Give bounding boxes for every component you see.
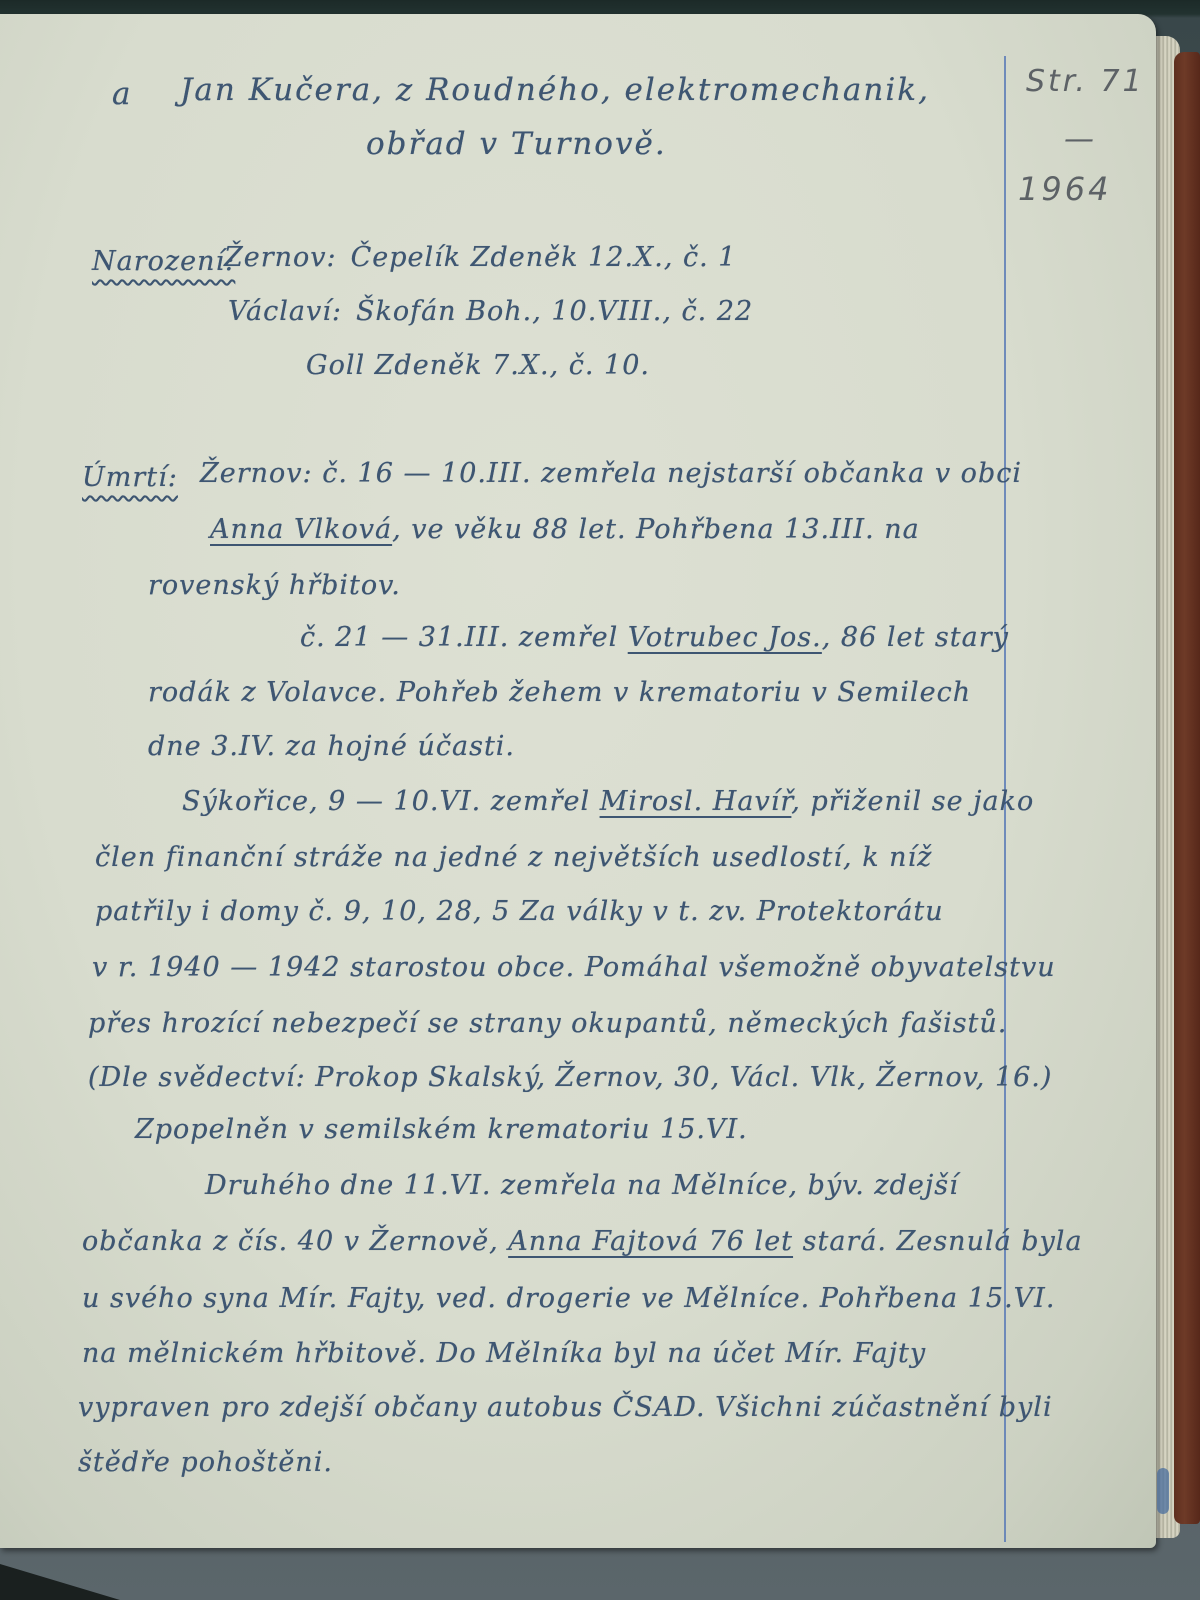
death-record-line: rovenský hřbitov. <box>148 570 401 601</box>
death-record-line: na mělnickém hřbitově. Do Mělníka byl na… <box>82 1338 926 1369</box>
header-line-2: obřad v Turnově. <box>366 126 667 162</box>
death-text: Sýkořice, 9 — 10.VI. zemřel <box>182 786 600 817</box>
death-text: patřily i domy č. 9, 10, 28, 5 Za války … <box>95 896 944 927</box>
death-record-line: (Dle svědectví: Prokop Skalský, Žernov, … <box>88 1062 1052 1093</box>
births-section-label: Narození: <box>92 246 235 277</box>
death-record-line: Druhého dne 11.VI. zemřela na Mělníce, b… <box>205 1170 959 1201</box>
death-text: rodák z Volavce. Pohřeb žehem v kremator… <box>148 677 971 708</box>
death-record-line: Zpopelněn v semilském krematoriu 15.VI. <box>135 1114 748 1145</box>
year-label: 1964 <box>1018 170 1111 208</box>
death-text: Zpopelněn v semilském krematoriu 15.VI. <box>135 1114 748 1145</box>
death-record-line: Anna Vlková, ve věku 88 let. Pohřbena 13… <box>210 514 920 545</box>
chronicle-photo: Str. 71 — 1964 a Jan Kučera, z Roudného,… <box>0 0 1200 1600</box>
ink-mark-page-edge <box>1157 1468 1169 1514</box>
birth-row: Václaví:Škofán Boh., 10.VIII., č. 22 <box>228 296 753 327</box>
page-number-label: Str. 71 <box>1026 64 1145 99</box>
header-line-1: Jan Kučera, z Roudného, elektromechanik, <box>180 72 930 108</box>
deceased-name: Votrubec Jos. <box>628 622 822 653</box>
birth-entry: Škofán Boh., 10.VIII., č. 22 <box>356 296 753 327</box>
book-cover-edge <box>1174 52 1200 1524</box>
death-text: člen finanční stráže na jedné z největší… <box>95 842 932 873</box>
death-text: dne 3.IV. za hojné účasti. <box>148 731 515 762</box>
deceased-name: Mirosl. Havíř <box>600 786 792 817</box>
death-record-line: patřily i domy č. 9, 10, 28, 5 Za války … <box>95 896 944 927</box>
death-record-line: rodák z Volavce. Pohřeb žehem v kremator… <box>148 677 971 708</box>
header-prefix: a <box>112 76 132 112</box>
birth-place <box>292 350 306 381</box>
death-text: Druhého dne 11.VI. zemřela na Mělníce, b… <box>205 1170 959 1201</box>
book-spine-shadow <box>0 1552 120 1600</box>
death-text: stará. Zesnulá byla <box>793 1226 1083 1257</box>
birth-place: Václaví: <box>228 296 356 327</box>
birth-entry: Goll Zdeněk 7.X., č. 10. <box>306 350 650 381</box>
death-text: (Dle svědectví: Prokop Skalský, Žernov, … <box>88 1062 1052 1093</box>
birth-row: Žernov:Čepelík Zdeněk 12.X., č. 1 <box>224 242 736 273</box>
death-text: , přiženil se jako <box>791 786 1034 817</box>
death-record-line: občanka z čís. 40 v Žernově, Anna Fajtov… <box>82 1226 1083 1257</box>
death-record-line: u svého syna Mír. Fajty, ved. drogerie v… <box>82 1283 1055 1314</box>
death-record-line: dne 3.IV. za hojné účasti. <box>148 731 515 762</box>
death-text: na mělnickém hřbitově. Do Mělníka byl na… <box>82 1338 926 1369</box>
death-text: rovenský hřbitov. <box>148 570 401 601</box>
death-record-line: štědře pohoštěni. <box>78 1447 333 1478</box>
page-number-divider: — <box>1064 122 1097 157</box>
death-text: , 86 let starý <box>822 622 1009 653</box>
death-text: přes hrozící nebezpečí se strany okupant… <box>88 1008 1007 1039</box>
death-record-line: v r. 1940 — 1942 starostou obce. Pomáhal… <box>92 952 1056 983</box>
death-text: Žernov: č. 16 — 10.III. zemřela nejstarš… <box>200 458 1022 489</box>
deaths-section-label: Úmrtí: <box>82 462 178 493</box>
death-text: , ve věku 88 let. Pohřbena 13.III. na <box>392 514 920 545</box>
death-text: v r. 1940 — 1942 starostou obce. Pomáhal… <box>92 952 1056 983</box>
death-text: u svého syna Mír. Fajty, ved. drogerie v… <box>82 1283 1055 1314</box>
death-record-line: vypraven pro zdejší občany autobus ČSAD.… <box>78 1392 1053 1423</box>
death-record-line: č. 21 — 31.III. zemřel Votrubec Jos., 86… <box>300 622 1009 653</box>
death-text: občanka z čís. 40 v Žernově, <box>82 1226 508 1257</box>
birth-place: Žernov: <box>224 242 351 273</box>
death-text: štědře pohoštěni. <box>78 1447 333 1478</box>
death-record-line: přes hrozící nebezpečí se strany okupant… <box>88 1008 1007 1039</box>
death-record-line: Žernov: č. 16 — 10.III. zemřela nejstarš… <box>200 458 1022 489</box>
deceased-name: Anna Fajtová 76 let <box>508 1226 793 1257</box>
deceased-name: Anna Vlková <box>210 514 392 545</box>
death-text: vypraven pro zdejší občany autobus ČSAD.… <box>78 1392 1053 1423</box>
death-text: č. 21 — 31.III. zemřel <box>300 622 628 653</box>
birth-row: Goll Zdeněk 7.X., č. 10. <box>292 350 650 381</box>
death-record-line: člen finanční stráže na jedné z největší… <box>95 842 932 873</box>
death-record-line: Sýkořice, 9 — 10.VI. zemřel Mirosl. Haví… <box>182 786 1034 817</box>
birth-entry: Čepelík Zdeněk 12.X., č. 1 <box>351 242 737 273</box>
